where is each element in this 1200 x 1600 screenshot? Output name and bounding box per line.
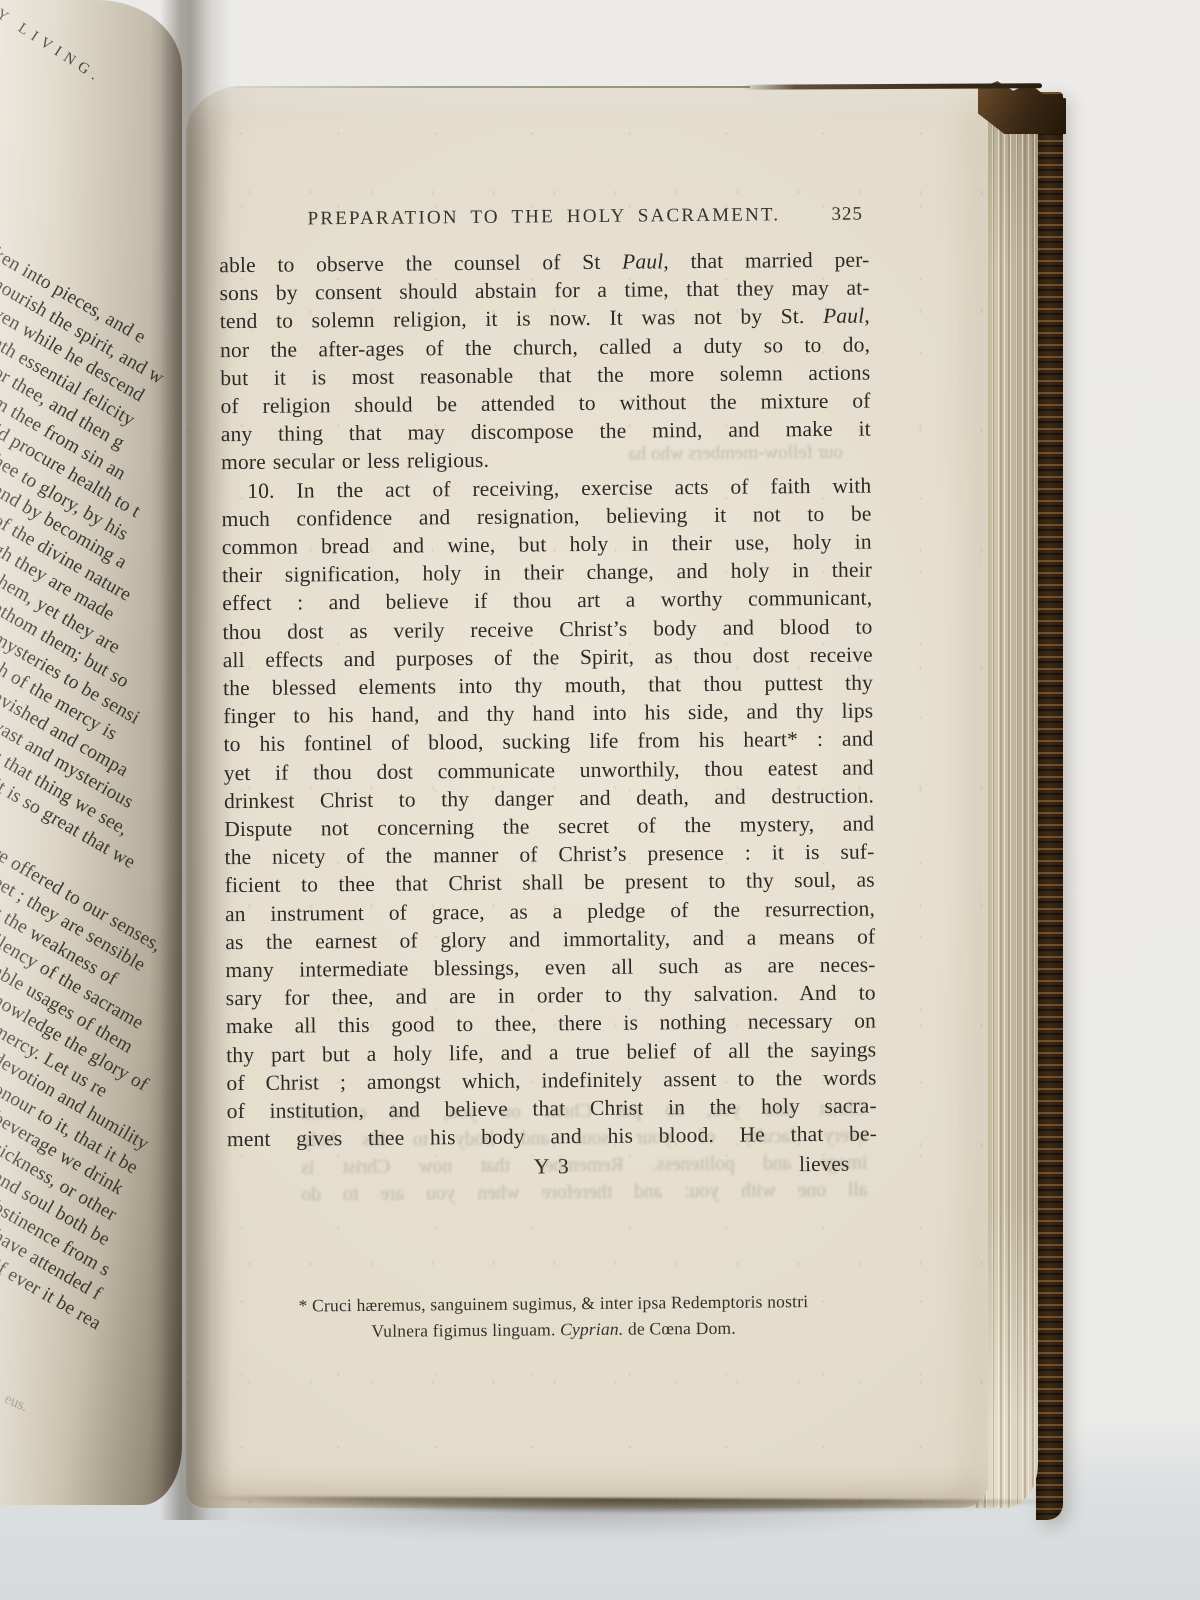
text-line: hee to glory, by his (0, 450, 132, 545)
text-line: if ever it be rea (0, 1255, 105, 1335)
text-line: vast and mysterious (0, 715, 137, 813)
text-line: avished and compa (0, 686, 132, 781)
text-line: have attended f (0, 1225, 105, 1305)
text-line: mysteries to be sensi (0, 627, 143, 729)
leather-cover-edge (1036, 92, 1063, 1520)
text-line: m thee from sin an (0, 391, 129, 485)
text-line: mercy. Let us re (0, 1019, 111, 1102)
text-line: and by becoming a (0, 479, 130, 574)
text-line: ld procure health to t (0, 420, 144, 522)
open-book: Y LIVING. ken into pieces, and enourish … (0, 0, 1200, 1600)
text-line: th of the mercy is (0, 656, 121, 745)
text-line: of the divine nature (0, 509, 135, 606)
text-line: gh they are made (0, 538, 118, 626)
text-line: it is so great that we (0, 774, 139, 874)
right-page: PREPARATION TO THE HOLY SACRAMENT. 325 a… (186, 86, 988, 1508)
text-line: and soul both be (0, 1166, 113, 1251)
left-page-text-fragments: ken into pieces, and enourish the spirit… (0, 0, 182, 1505)
footnote: * Cruci hæremus, sanguinem sugimus, & in… (228, 1287, 878, 1345)
left-page-running-head: Y LIVING. (0, 6, 106, 87)
text-line: them, yet they are (0, 568, 124, 659)
text-line: able usages of them (0, 960, 136, 1058)
text-line: nourish the spirit, and w (0, 273, 168, 389)
text-line: s that thing we see, (0, 745, 132, 841)
text-line: re offered to our senses, (0, 842, 165, 957)
page-body-text: able to observe the counsel of St Paul, … (219, 246, 877, 1154)
page-top-edge-shadow (210, 86, 750, 88)
page-number: 325 (831, 204, 863, 226)
left-page-footnote-fragment: eus. (2, 1391, 31, 1416)
text-line: devotion and humility (0, 1048, 152, 1155)
text-line: or thee, and then g (0, 361, 128, 454)
page-title: PREPARATION TO THE HOLY SACRAMENT. (219, 204, 869, 232)
text-line: onour to it, that it be (0, 1078, 141, 1179)
text-line: eet ; they are sensible (0, 871, 149, 976)
left-page: Y LIVING. ken into pieces, and enourish … (0, 0, 182, 1505)
showthrough-text-block: Christ into you, so put Christ on you, a… (301, 1096, 868, 1209)
text-line: ken into pieces, and e (0, 243, 149, 348)
photo-scene: Y LIVING. ken into pieces, and enourish … (0, 0, 1200, 1600)
text-line: ven while he descend (0, 302, 148, 407)
text-line: s the weakness of (0, 901, 121, 990)
text-line: athom them; but so (0, 597, 133, 693)
text-line: ath essential felicity (0, 332, 138, 431)
text-line: all one with you: and therefore when you… (301, 1177, 867, 1209)
showthrough-text-upper: our fellow-members who ha (513, 442, 843, 467)
text-line: sickness, or other (0, 1137, 120, 1226)
running-head: PREPARATION TO THE HOLY SACRAMENT. 325 (219, 204, 869, 236)
text-column: PREPARATION TO THE HOLY SACRAMENT. 325 a… (219, 204, 877, 1186)
text-line: nowledge the glory of (0, 989, 152, 1096)
text-line: llency of the sacrame (0, 930, 147, 1034)
text-line: bstinence from s (0, 1196, 114, 1281)
text-line: beverage we drink (0, 1107, 127, 1200)
